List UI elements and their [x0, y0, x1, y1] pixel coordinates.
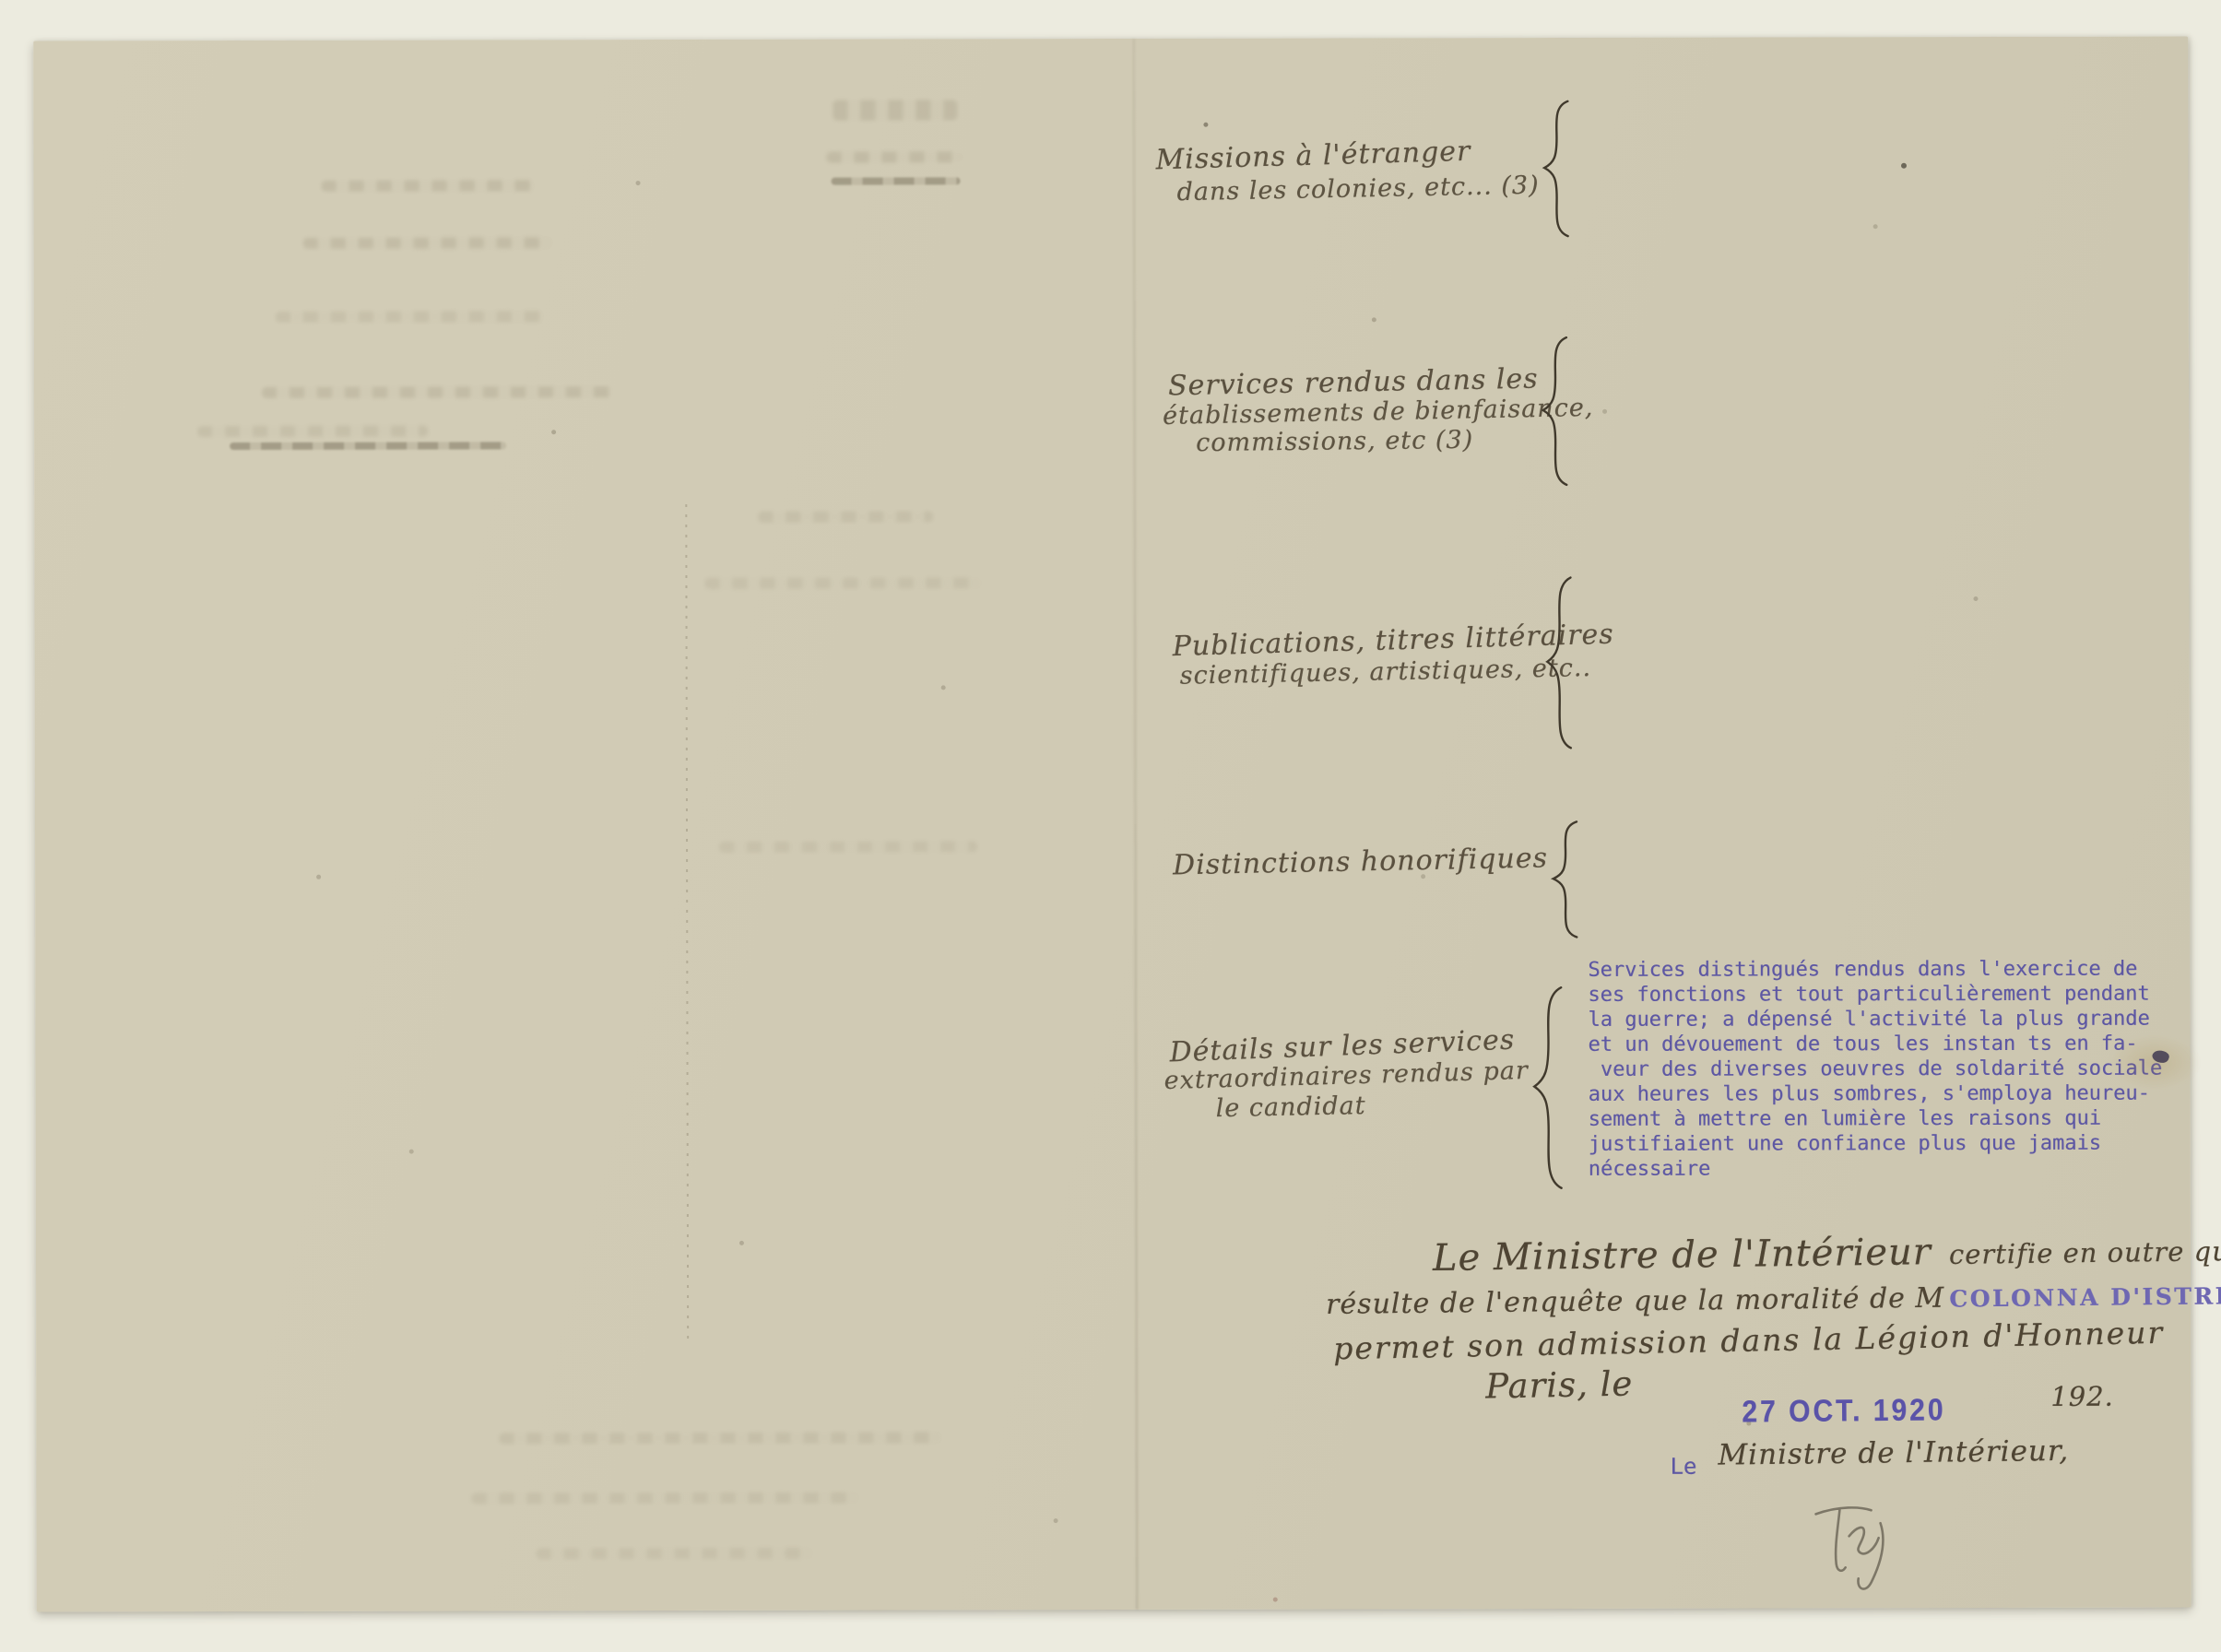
typed-line: et un dévouement de tous les instan ts e…	[1588, 1032, 2162, 1057]
date-stamp: 27 OCT. 1920	[1742, 1393, 1945, 1430]
minister-script-line: Ministre de l'Intérieur,	[1718, 1434, 2069, 1472]
bleedthrough-ghost-text	[758, 511, 933, 522]
bleedthrough-ghost-text	[472, 1493, 859, 1504]
bleedthrough-ghost-text	[719, 841, 977, 853]
certification-opening-rest: certifie en outre qu'il	[1949, 1235, 2221, 1270]
minister-signature	[1789, 1493, 1927, 1595]
certification-line2-script: résulte de l'enquête que la moralité de …	[1326, 1282, 1944, 1321]
year-preprint: 192.	[2050, 1381, 2114, 1412]
ink-stain	[2108, 1034, 2200, 1091]
column-dotted-rule	[685, 504, 689, 1343]
grouping-brace	[1537, 335, 1574, 488]
bleedthrough-underline	[230, 442, 506, 450]
place-script: Paris, le	[1485, 1363, 1634, 1406]
typed-line: ses fonctions et tout particulièrement p…	[1588, 982, 2162, 1008]
certification-line-1: Le Ministre de l'Intérieur certifie en o…	[1433, 1227, 2221, 1280]
bleedthrough-ghost-text	[704, 577, 981, 589]
certification-line-3: permet son admission dans la Légion d'Ho…	[1333, 1315, 2165, 1367]
typed-line: aux heures les plus sombres, s'employa h…	[1589, 1081, 2163, 1107]
typed-line: veur des diverses oeuvres de soldarité s…	[1589, 1056, 2163, 1082]
typed-line: sement à mettre en lumière les raisons q…	[1589, 1106, 2163, 1132]
form-label-details-services-line3: le candidat	[1215, 1091, 1366, 1123]
typed-line: Services distingués rendus dans l'exerci…	[1588, 957, 2162, 983]
bleedthrough-ghost-text	[826, 151, 964, 162]
grouping-brace	[1547, 820, 1584, 939]
minister-typed-le: Le	[1670, 1454, 1696, 1480]
scan-background: Missions à l'étranger dans les colonies,…	[0, 0, 2221, 1652]
document-paper: Missions à l'étranger dans les colonies,…	[33, 37, 2191, 1612]
paper-speckles	[33, 41, 36, 43]
form-label-missions: Missions à l'étranger	[1155, 136, 1471, 177]
paper-crease	[1132, 39, 1139, 1610]
form-label-distinctions: Distinctions honorifiques	[1173, 842, 1548, 881]
bleedthrough-ghost-text	[303, 237, 552, 249]
bleedthrough-underline	[832, 177, 961, 184]
bleedthrough-ghost-text	[499, 1432, 941, 1444]
bleedthrough-ghost-text	[262, 386, 612, 398]
grouping-brace	[1541, 574, 1577, 751]
typed-line: nécessaire	[1589, 1156, 2163, 1182]
typed-response-block: Services distingués rendus dans l'exerci…	[1588, 957, 2162, 1182]
grouping-brace	[1527, 984, 1569, 1192]
bleedthrough-ghost-text	[276, 311, 543, 323]
typed-line: la guerre; a dépensé l'activité la plus …	[1588, 1007, 2162, 1032]
certification-line-2: résulte de l'enquête que la moralité de …	[1326, 1279, 2221, 1321]
form-label-missions-line2: dans les colonies, etc... (3)	[1176, 171, 1540, 207]
bleedthrough-ghost-text	[537, 1548, 813, 1560]
bleedthrough-ghost-text	[197, 426, 428, 438]
bleedthrough-ghost-text	[322, 180, 534, 191]
candidate-name-stamp: COLONNA D'ISTRIA	[1949, 1282, 2221, 1313]
grouping-brace	[1538, 99, 1575, 239]
bleedthrough-ghost-text	[833, 100, 957, 120]
typed-line: justifiaient une confiance plus que jama…	[1589, 1131, 2163, 1157]
certification-opening-script: Le Ministre de l'Intérieur	[1433, 1231, 1932, 1280]
form-label-services-bienfaisance-line3: commissions, etc (3)	[1196, 426, 1473, 457]
